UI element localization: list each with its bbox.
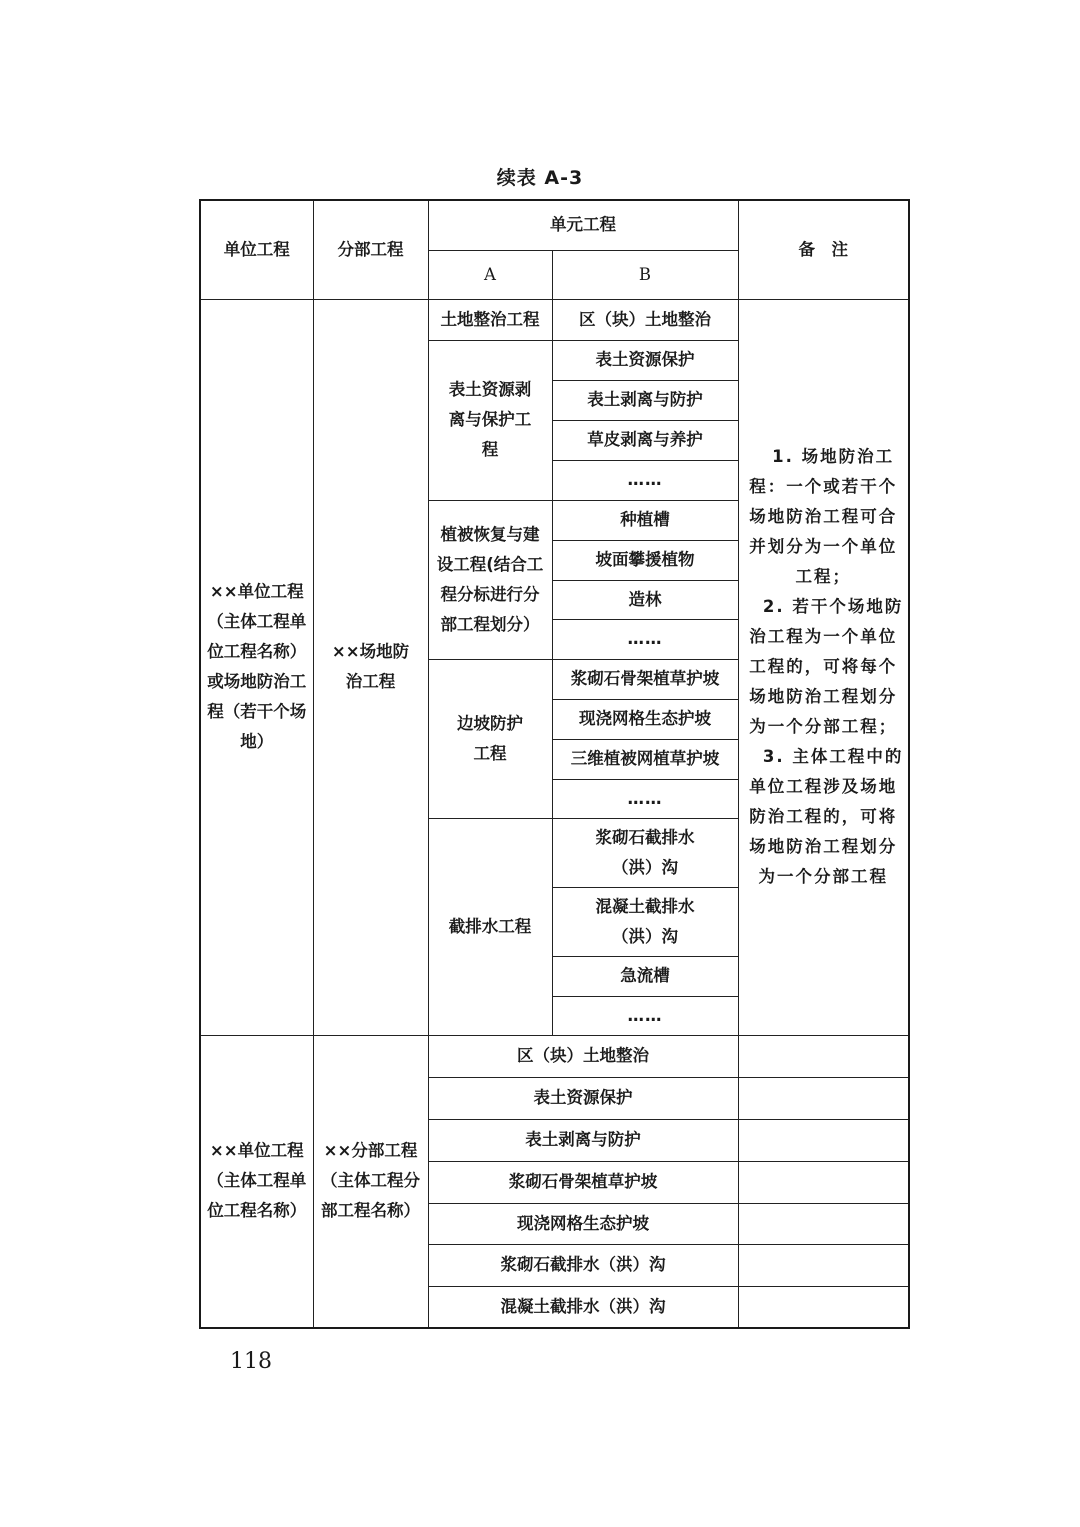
- s1-remarks: 1. 场地防治工程：一个或若干个场地防治工程可合并划分为一个单位工程； 2. 若…: [738, 299, 909, 1035]
- remark-1: 1. 场地防治工程：一个或若干个场地防治工程可合并划分为一个单位工程；: [743, 442, 905, 592]
- s1-element-3-2: 三维植被网植草护坡: [552, 739, 738, 779]
- s2-element-5: 浆砌石截排水（洪）沟: [428, 1244, 738, 1286]
- s1-unit-project: ××单位工程（主体工程单位工程名称）或场地防治工程（若干个场地）: [200, 299, 313, 1035]
- remark-3: 3. 主体工程中的单位工程涉及场地防治工程的，可将场地防治工程划分为一个分部工程: [743, 742, 905, 892]
- s1-element-1-2: 草皮剥离与养护: [552, 420, 738, 460]
- s1-element-4-0: 浆砌石截排水（洪）沟: [552, 818, 738, 887]
- s1-element-1-1: 表土剥离与防护: [552, 380, 738, 420]
- s2-element-0: 区（块）土地整治: [428, 1035, 738, 1077]
- s1-element-3-3: ……: [552, 779, 738, 818]
- s2-remarks-5: [738, 1244, 909, 1286]
- s2-remarks-0: [738, 1035, 909, 1077]
- s1-group-a-4: 截排水工程: [428, 818, 552, 1035]
- s1-element-4-2: 急流槽: [552, 956, 738, 996]
- s1-element-2-3: ……: [552, 619, 738, 659]
- s1-division-project: ××场地防治工程: [313, 299, 428, 1035]
- s1-element-4-3: ……: [552, 996, 738, 1035]
- table-row: ××单位工程（主体工程单位工程名称） ××分部工程（主体工程分部工程名称） 区（…: [200, 1035, 909, 1077]
- s2-remarks-1: [738, 1077, 909, 1119]
- s1-element-2-1: 坡面攀援植物: [552, 540, 738, 580]
- s1-element-1-3: ……: [552, 460, 738, 500]
- header-element-project: 单元工程: [428, 200, 738, 250]
- s2-remarks-6: [738, 1286, 909, 1328]
- s2-element-1: 表土资源保护: [428, 1077, 738, 1119]
- s1-element-4-1: 混凝土截排水（洪）沟: [552, 887, 738, 956]
- header-col-a: A: [428, 250, 552, 299]
- page-number: 118: [230, 1349, 272, 1374]
- header-remarks: 备 注: [738, 200, 909, 299]
- s1-element-2-2: 造林: [552, 580, 738, 619]
- remark-2: 2. 若干个场地防治工程为一个单位工程的，可将每个场地防治工程划分为一个分部工程…: [743, 592, 905, 742]
- s1-element-3-0: 浆砌石骨架植草护坡: [552, 659, 738, 699]
- header-unit-project: 单位工程: [200, 200, 313, 299]
- s1-group-a-2: 植被恢复与建设工程(结合工程分标进行分部工程划分）: [428, 500, 552, 659]
- s1-element-3-1: 现浇网格生态护坡: [552, 699, 738, 739]
- s2-element-2: 表土剥离与防护: [428, 1119, 738, 1161]
- s1-element-1-0: 表土资源保护: [552, 340, 738, 380]
- header-col-b: B: [552, 250, 738, 299]
- s1-group-a-3: 边坡防护工程: [428, 659, 552, 818]
- s2-division-project: ××分部工程（主体工程分部工程名称）: [313, 1035, 428, 1328]
- s2-element-4: 现浇网格生态护坡: [428, 1203, 738, 1244]
- s2-element-3: 浆砌石骨架植草护坡: [428, 1161, 738, 1203]
- s2-unit-project: ××单位工程（主体工程单位工程名称）: [200, 1035, 313, 1328]
- s1-group-a-1: 表土资源剥离与保护工程: [428, 340, 552, 500]
- project-division-table: 单位工程 分部工程 单元工程 备 注 A B ××单位工程（主体工程单位工程名称…: [199, 199, 910, 1329]
- s1-element-0-0: 区（块）土地整治: [552, 299, 738, 340]
- s2-remarks-3: [738, 1161, 909, 1203]
- s2-remarks-4: [738, 1203, 909, 1244]
- table-row: ××单位工程（主体工程单位工程名称）或场地防治工程（若干个场地） ××场地防治工…: [200, 299, 909, 340]
- header-row-1: 单位工程 分部工程 单元工程 备 注: [200, 200, 909, 250]
- s2-element-6: 混凝土截排水（洪）沟: [428, 1286, 738, 1328]
- table-caption: 续表 A-3: [0, 163, 1080, 190]
- s2-remarks-2: [738, 1119, 909, 1161]
- s1-element-2-0: 种植槽: [552, 500, 738, 540]
- s1-group-a-0: 土地整治工程: [428, 299, 552, 340]
- header-division-project: 分部工程: [313, 200, 428, 299]
